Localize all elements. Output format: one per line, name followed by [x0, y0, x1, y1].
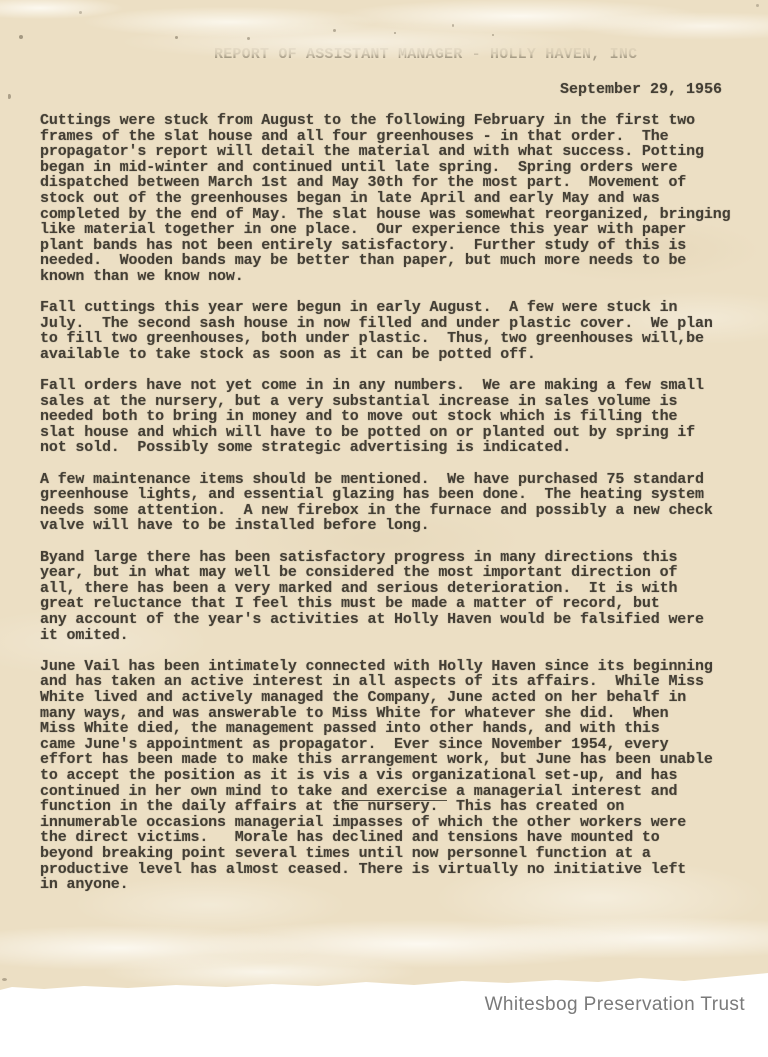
paper-speck: [79, 11, 82, 14]
paper-speck: [247, 37, 250, 40]
paper-speck: [452, 24, 454, 27]
report-heading: REPORT OF ASSISTANT MANAGER - HOLLY HAVE…: [214, 47, 637, 63]
letter-body: Cuttings were stuck from August to the f…: [40, 113, 760, 908]
paragraph-cuttings: Cuttings were stuck from August to the f…: [40, 113, 760, 285]
paper-speck: [756, 4, 759, 7]
paper-speck: [333, 29, 336, 32]
paper-speck: [19, 35, 23, 39]
paragraph-fall-cuttings: Fall cuttings this year were begun in ea…: [40, 300, 760, 362]
paragraph-progress: Byand large there has been satisfactory …: [40, 550, 760, 644]
paragraph-maintenance: A few maintenance items should be mentio…: [40, 472, 760, 534]
paper-speck: [175, 36, 178, 39]
letter-paper: REPORT OF ASSISTANT MANAGER - HOLLY HAVE…: [0, 0, 768, 992]
report-date: September 29, 1956: [560, 81, 722, 98]
paragraph-segment: a managerial interest and function in th…: [40, 783, 686, 894]
paragraph-june-vail: June Vail has been intimately connected …: [40, 659, 760, 893]
paragraph-fall-orders: Fall orders have not yet come in in any …: [40, 378, 760, 456]
archive-credit: Whitesbog Preservation Trust: [485, 994, 745, 1016]
paper-speck: [2, 978, 7, 981]
paper-speck: [8, 94, 11, 99]
paper-speck: [394, 32, 396, 34]
paragraph-segment: June Vail has been intimately connected …: [40, 658, 713, 800]
paper-speck: [492, 34, 494, 36]
